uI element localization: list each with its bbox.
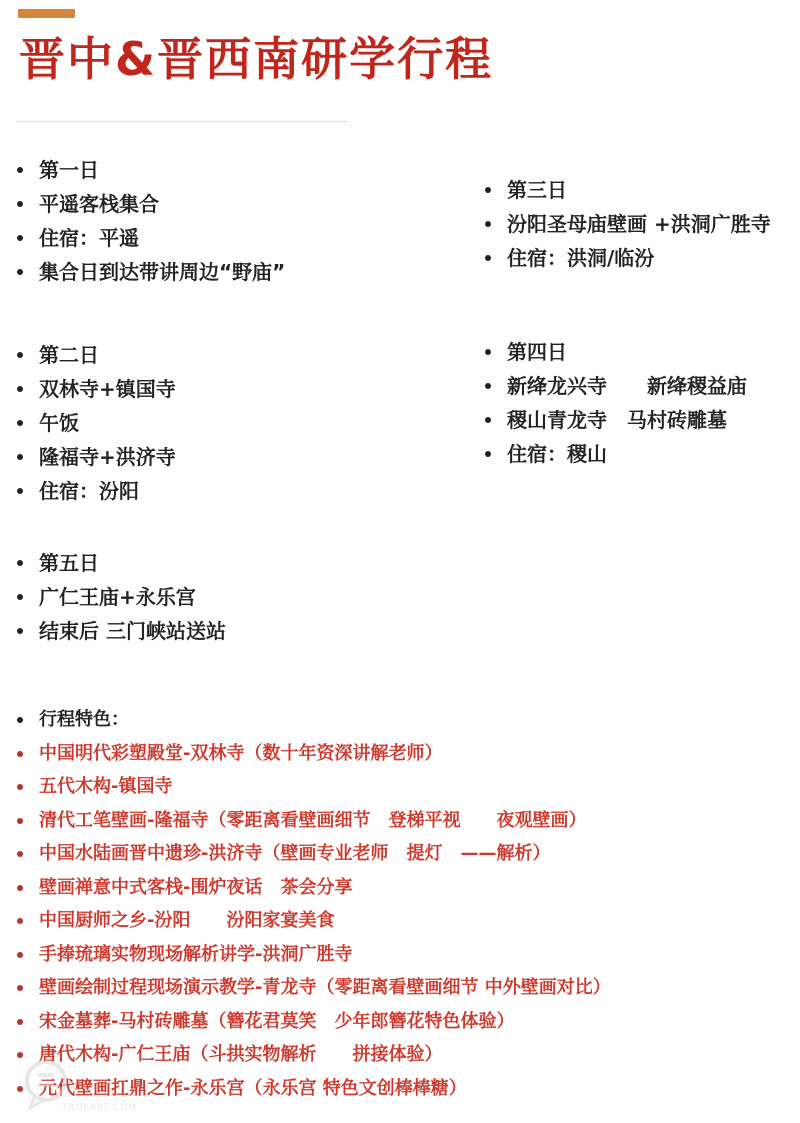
- list-item-label: 住宿：洪洞/临汾: [507, 246, 654, 270]
- list-item-label: 第一日: [39, 158, 99, 182]
- bullet-icon: [17, 751, 23, 757]
- list-item-label: 稷山青龙寺 马村砖雕墓: [507, 408, 727, 432]
- day5-block: 第五日 广仁王庙+永乐宫 结束后 三门峡站送站: [15, 546, 226, 648]
- feature-item: 唐代木构-广仁王庙（斗拱实物解析 拼接体验）: [15, 1038, 611, 1072]
- features-block: 行程特色： 中国明代彩塑殿堂-双林寺（数十年资深讲解老师） 五代木构-镇国寺 清…: [15, 703, 611, 1105]
- bullet-icon: [17, 594, 23, 600]
- bullet-icon: [17, 851, 23, 857]
- list-item: 住宿：汾阳: [15, 474, 176, 508]
- feature-item: 宋金墓葬-马村砖雕墓（簪花君莫笑 少年郎簪花特色体验）: [15, 1005, 611, 1039]
- bullet-icon: [17, 628, 23, 634]
- list-item-label: 住宿：汾阳: [39, 479, 139, 503]
- list-item: 集合日到达带讲周边“野庙”: [15, 255, 285, 289]
- bullet-icon: [485, 383, 491, 389]
- bullet-icon: [485, 451, 491, 457]
- list-item-label: 第四日: [507, 340, 567, 364]
- bullet-icon: [17, 201, 23, 207]
- feature-item: 中国水陆画晋中遗珍-洪济寺（壁画专业老师 提灯 ——解析）: [15, 837, 611, 871]
- bullet-icon: [17, 352, 23, 358]
- bullet-icon: [485, 221, 491, 227]
- feature-item-label: 中国水陆画晋中遗珍-洪济寺（壁画专业老师 提灯 ——解析）: [39, 843, 550, 864]
- bullet-icon: [17, 167, 23, 173]
- list-item-label: 第二日: [39, 343, 99, 367]
- bullet-icon: [17, 386, 23, 392]
- list-item: 第一日: [15, 153, 285, 187]
- bullet-icon: [17, 235, 23, 241]
- list-item-label: 结束后 三门峡站送站: [39, 619, 226, 643]
- feature-item: 元代壁画扛鼎之作-永乐宫（永乐宫 特色文创棒棒糖）: [15, 1072, 611, 1106]
- day1-block: 第一日 平遥客栈集合 住宿：平遥 集合日到达带讲周边“野庙”: [15, 153, 285, 289]
- bullet-icon: [17, 885, 23, 891]
- feature-item-label: 清代工笔壁画-隆福寺（零距离看壁画细节 登梯平视 夜观壁画）: [39, 810, 586, 831]
- feature-item: 中国明代彩塑殿堂-双林寺（数十年资深讲解老师）: [15, 737, 611, 771]
- feature-item: 清代工笔壁画-隆福寺（零距离看壁画细节 登梯平视 夜观壁画）: [15, 804, 611, 838]
- list-item-label: 新绛龙兴寺 新绛稷益庙: [507, 374, 747, 398]
- bullet-icon: [17, 918, 23, 924]
- day2-list: 第二日 双林寺+镇国寺 午饭 隆福寺+洪济寺 住宿：汾阳: [15, 338, 176, 508]
- divider-line: [17, 121, 348, 122]
- bullet-icon: [17, 717, 23, 723]
- list-item: 新绛龙兴寺 新绛稷益庙: [483, 369, 747, 403]
- list-item-label: 汾阳圣母庙壁画 +洪洞广胜寺: [507, 212, 771, 236]
- bullet-icon: [17, 488, 23, 494]
- page-title: 晋中&晋西南研学行程: [19, 32, 493, 87]
- feature-item-label: 元代壁画扛鼎之作-永乐宫（永乐宫 特色文创棒棒糖）: [39, 1078, 467, 1099]
- day3-list: 第三日 汾阳圣母庙壁画 +洪洞广胜寺 住宿：洪洞/临汾: [483, 173, 771, 275]
- list-item-label: 集合日到达带讲周边“野庙”: [39, 260, 285, 284]
- list-item: 住宿：稷山: [483, 437, 747, 471]
- list-item-label: 第五日: [39, 551, 99, 575]
- features-heading: 行程特色：: [15, 703, 611, 737]
- day3-block: 第三日 汾阳圣母庙壁画 +洪洞广胜寺 住宿：洪洞/临汾: [483, 173, 771, 275]
- feature-item: 壁画禅意中式客栈-围炉夜话 茶会分享: [15, 871, 611, 905]
- list-item: 汾阳圣母庙壁画 +洪洞广胜寺: [483, 207, 771, 241]
- list-item: 住宿：平遥: [15, 221, 285, 255]
- accent-bar: [18, 9, 75, 18]
- bullet-icon: [17, 1019, 23, 1025]
- list-item: 第五日: [15, 546, 226, 580]
- feature-item-label: 手捧琉璃实物现场解析讲学-洪洞广胜寺: [39, 944, 352, 965]
- day4-block: 第四日 新绛龙兴寺 新绛稷益庙 稷山青龙寺 马村砖雕墓 住宿：稷山: [483, 335, 747, 471]
- feature-item-label: 壁画绘制过程现场演示教学-青龙寺（零距离看壁画细节 中外壁画对比）: [39, 977, 611, 998]
- day5-list: 第五日 广仁王庙+永乐宫 结束后 三门峡站送站: [15, 546, 226, 648]
- feature-item: 手捧琉璃实物现场解析讲学-洪洞广胜寺: [15, 938, 611, 972]
- feature-item-label: 宋金墓葬-马村砖雕墓（簪花君莫笑 少年郎簪花特色体验）: [39, 1011, 514, 1032]
- feature-item-label: 中国明代彩塑殿堂-双林寺（数十年资深讲解老师）: [39, 743, 442, 764]
- list-item-label: 双林寺+镇国寺: [39, 377, 176, 401]
- list-item-label: 隆福寺+洪济寺: [39, 445, 176, 469]
- bullet-icon: [17, 269, 23, 275]
- article-page: 晋中&晋西南研学行程 第一日 平遥客栈集合 住宿：平遥 集合日到达带讲周边“野庙…: [0, 0, 800, 1123]
- list-item-label: 午饭: [39, 411, 79, 435]
- day2-block: 第二日 双林寺+镇国寺 午饭 隆福寺+洪济寺 住宿：汾阳: [15, 338, 176, 508]
- list-item-label: 住宿：稷山: [507, 442, 607, 466]
- list-item: 结束后 三门峡站送站: [15, 614, 226, 648]
- bullet-icon: [17, 985, 23, 991]
- list-item-label: 住宿：平遥: [39, 226, 139, 250]
- bullet-icon: [485, 187, 491, 193]
- list-item: 稷山青龙寺 马村砖雕墓: [483, 403, 747, 437]
- bullet-icon: [17, 784, 23, 790]
- bullet-icon: [485, 417, 491, 423]
- list-item-label: 平遥客栈集合: [39, 192, 159, 216]
- list-item: 第四日: [483, 335, 747, 369]
- feature-item-label: 壁画禅意中式客栈-围炉夜话 茶会分享: [39, 877, 352, 898]
- list-item: 第二日: [15, 338, 176, 372]
- list-item: 平遥客栈集合: [15, 187, 285, 221]
- bullet-icon: [17, 818, 23, 824]
- feature-item: 五代木构-镇国寺: [15, 770, 611, 804]
- feature-item-label: 中国厨师之乡-汾阳 汾阳家宴美食: [39, 910, 334, 931]
- list-item: 第三日: [483, 173, 771, 207]
- bullet-icon: [17, 454, 23, 460]
- list-item-label: 第三日: [507, 178, 567, 202]
- feature-item-label: 唐代木构-广仁王庙（斗拱实物解析 拼接体验）: [39, 1044, 442, 1065]
- bullet-icon: [485, 349, 491, 355]
- feature-item: 中国厨师之乡-汾阳 汾阳家宴美食: [15, 904, 611, 938]
- bullet-icon: [17, 420, 23, 426]
- bullet-icon: [17, 560, 23, 566]
- bullet-icon: [485, 255, 491, 261]
- list-item: 午饭: [15, 406, 176, 440]
- bullet-icon: [17, 1086, 23, 1092]
- list-item: 隆福寺+洪济寺: [15, 440, 176, 474]
- list-item: 双林寺+镇国寺: [15, 372, 176, 406]
- list-item: 广仁王庙+永乐宫: [15, 580, 226, 614]
- list-item: 住宿：洪洞/临汾: [483, 241, 771, 275]
- bullet-icon: [17, 1052, 23, 1058]
- feature-item-label: 五代木构-镇国寺: [39, 776, 172, 797]
- features-heading-label: 行程特色：: [39, 709, 129, 730]
- list-item-label: 广仁王庙+永乐宫: [39, 585, 196, 609]
- features-list: 行程特色： 中国明代彩塑殿堂-双林寺（数十年资深讲解老师） 五代木构-镇国寺 清…: [15, 703, 611, 1105]
- bullet-icon: [17, 952, 23, 958]
- feature-item: 壁画绘制过程现场演示教学-青龙寺（零距离看壁画细节 中外壁画对比）: [15, 971, 611, 1005]
- day1-list: 第一日 平遥客栈集合 住宿：平遥 集合日到达带讲周边“野庙”: [15, 153, 285, 289]
- day4-list: 第四日 新绛龙兴寺 新绛稷益庙 稷山青龙寺 马村砖雕墓 住宿：稷山: [483, 335, 747, 471]
